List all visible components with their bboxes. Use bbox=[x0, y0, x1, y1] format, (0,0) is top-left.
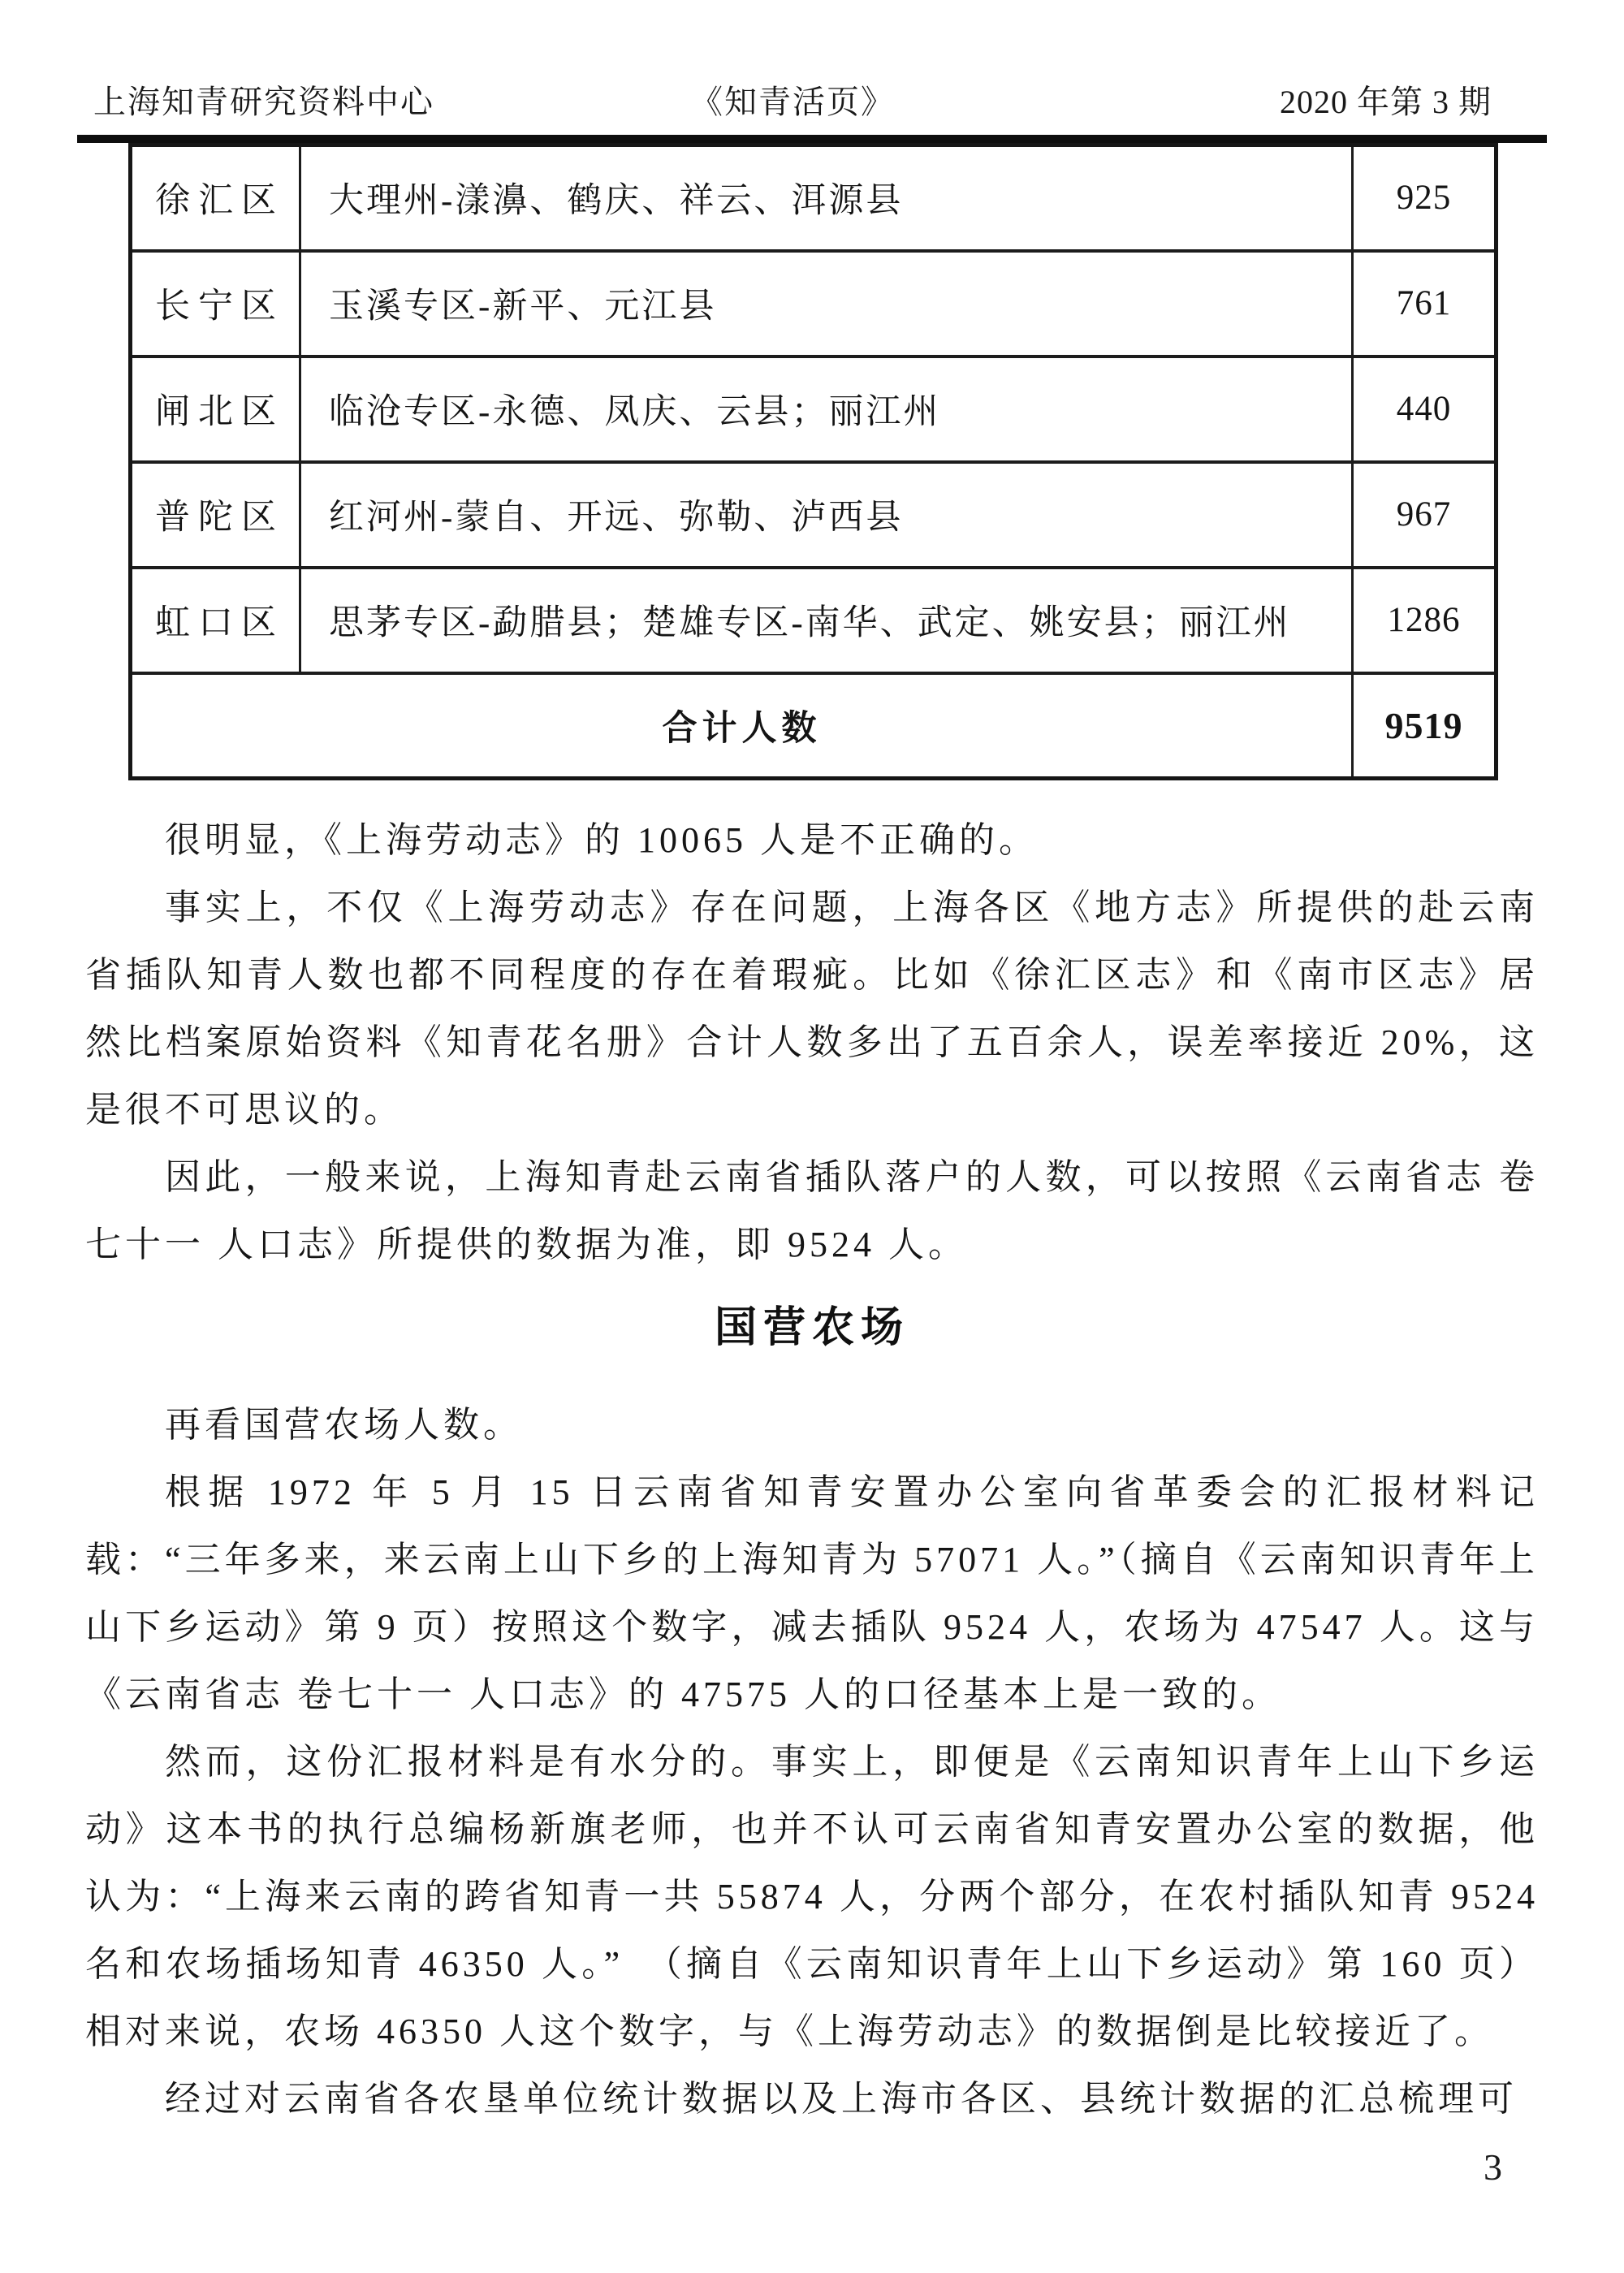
total-label-cell: 合计人数 bbox=[131, 673, 1353, 779]
header-issue: 2020 年第 3 期 bbox=[1026, 76, 1492, 123]
header-org-title: 上海知青研究资料中心 bbox=[93, 76, 559, 123]
count-cell: 1286 bbox=[1353, 568, 1497, 673]
table-row: 长宁区 玉溪专区-新平、元江县 761 bbox=[131, 251, 1497, 357]
count-cell: 967 bbox=[1353, 462, 1497, 568]
destinations-cell: 玉溪专区-新平、元江县 bbox=[300, 251, 1353, 357]
district-cell: 徐汇区 bbox=[131, 145, 300, 251]
district-statistics-table: 徐汇区 大理州-漾濞、鹤庆、祥云、洱源县 925 长宁区 玉溪专区-新平、元江县… bbox=[128, 143, 1498, 780]
section-heading: 国营农场 bbox=[85, 1294, 1539, 1362]
paragraph-2: 事实上，不仅《上海劳动志》存在问题，上海各区《地方志》所提供的赴云南省插队知青人… bbox=[85, 874, 1539, 1143]
destinations-cell: 临沧专区-永德、凤庆、云县；丽江州 bbox=[300, 357, 1353, 462]
header-rule bbox=[77, 135, 1547, 143]
table-row: 虹口区 思茅专区-勐腊县；楚雄专区-南华、武定、姚安县；丽江州 1286 bbox=[131, 568, 1497, 673]
district-cell: 虹口区 bbox=[131, 568, 300, 673]
destinations-cell: 红河州-蒙自、开远、弥勒、泸西县 bbox=[300, 462, 1353, 568]
count-cell: 925 bbox=[1353, 145, 1497, 251]
paragraph-7: 经过对云南省各农垦单位统计数据以及上海市各区、县统计数据的汇总梳理可 bbox=[85, 2065, 1539, 2133]
header-publication: 《知青活页》 bbox=[559, 76, 1026, 123]
destinations-cell: 大理州-漾濞、鹤庆、祥云、洱源县 bbox=[300, 145, 1353, 251]
document-page: 上海知青研究资料中心 《知青活页》 2020 年第 3 期 徐汇区 大理州-漾濞… bbox=[0, 0, 1624, 2273]
total-value-cell: 9519 bbox=[1353, 673, 1497, 779]
district-cell: 闸北区 bbox=[131, 357, 300, 462]
table-row: 普陀区 红河州-蒙自、开远、弥勒、泸西县 967 bbox=[131, 462, 1497, 568]
article-body: 很明显，《上海劳动志》的 10065 人是不正确的。 事实上，不仅《上海劳动志》… bbox=[85, 806, 1539, 2133]
district-cell: 普陀区 bbox=[131, 462, 300, 568]
table-total-row: 合计人数 9519 bbox=[131, 673, 1497, 779]
page-header: 上海知青研究资料中心 《知青活页》 2020 年第 3 期 bbox=[93, 76, 1492, 123]
district-cell: 长宁区 bbox=[131, 251, 300, 357]
table-row: 徐汇区 大理州-漾濞、鹤庆、祥云、洱源县 925 bbox=[131, 145, 1497, 251]
paragraph-4: 再看国营农场人数。 bbox=[85, 1391, 1539, 1458]
destinations-cell: 思茅专区-勐腊县；楚雄专区-南华、武定、姚安县；丽江州 bbox=[300, 568, 1353, 673]
table-row: 闸北区 临沧专区-永德、凤庆、云县；丽江州 440 bbox=[131, 357, 1497, 462]
paragraph-1: 很明显，《上海劳动志》的 10065 人是不正确的。 bbox=[85, 806, 1539, 874]
count-cell: 440 bbox=[1353, 357, 1497, 462]
paragraph-5: 根据 1972 年 5 月 15 日云南省知青安置办公室向省革委会的汇报材料记载… bbox=[85, 1458, 1539, 1728]
page-number: 3 bbox=[1484, 2146, 1502, 2189]
paragraph-3: 因此，一般来说，上海知青赴云南省插队落户的人数，可以按照《云南省志 卷七十一 人… bbox=[85, 1143, 1539, 1278]
count-cell: 761 bbox=[1353, 251, 1497, 357]
paragraph-6: 然而，这份汇报材料是有水分的。事实上，即便是《云南知识青年上山下乡运动》这本书的… bbox=[85, 1728, 1539, 2065]
